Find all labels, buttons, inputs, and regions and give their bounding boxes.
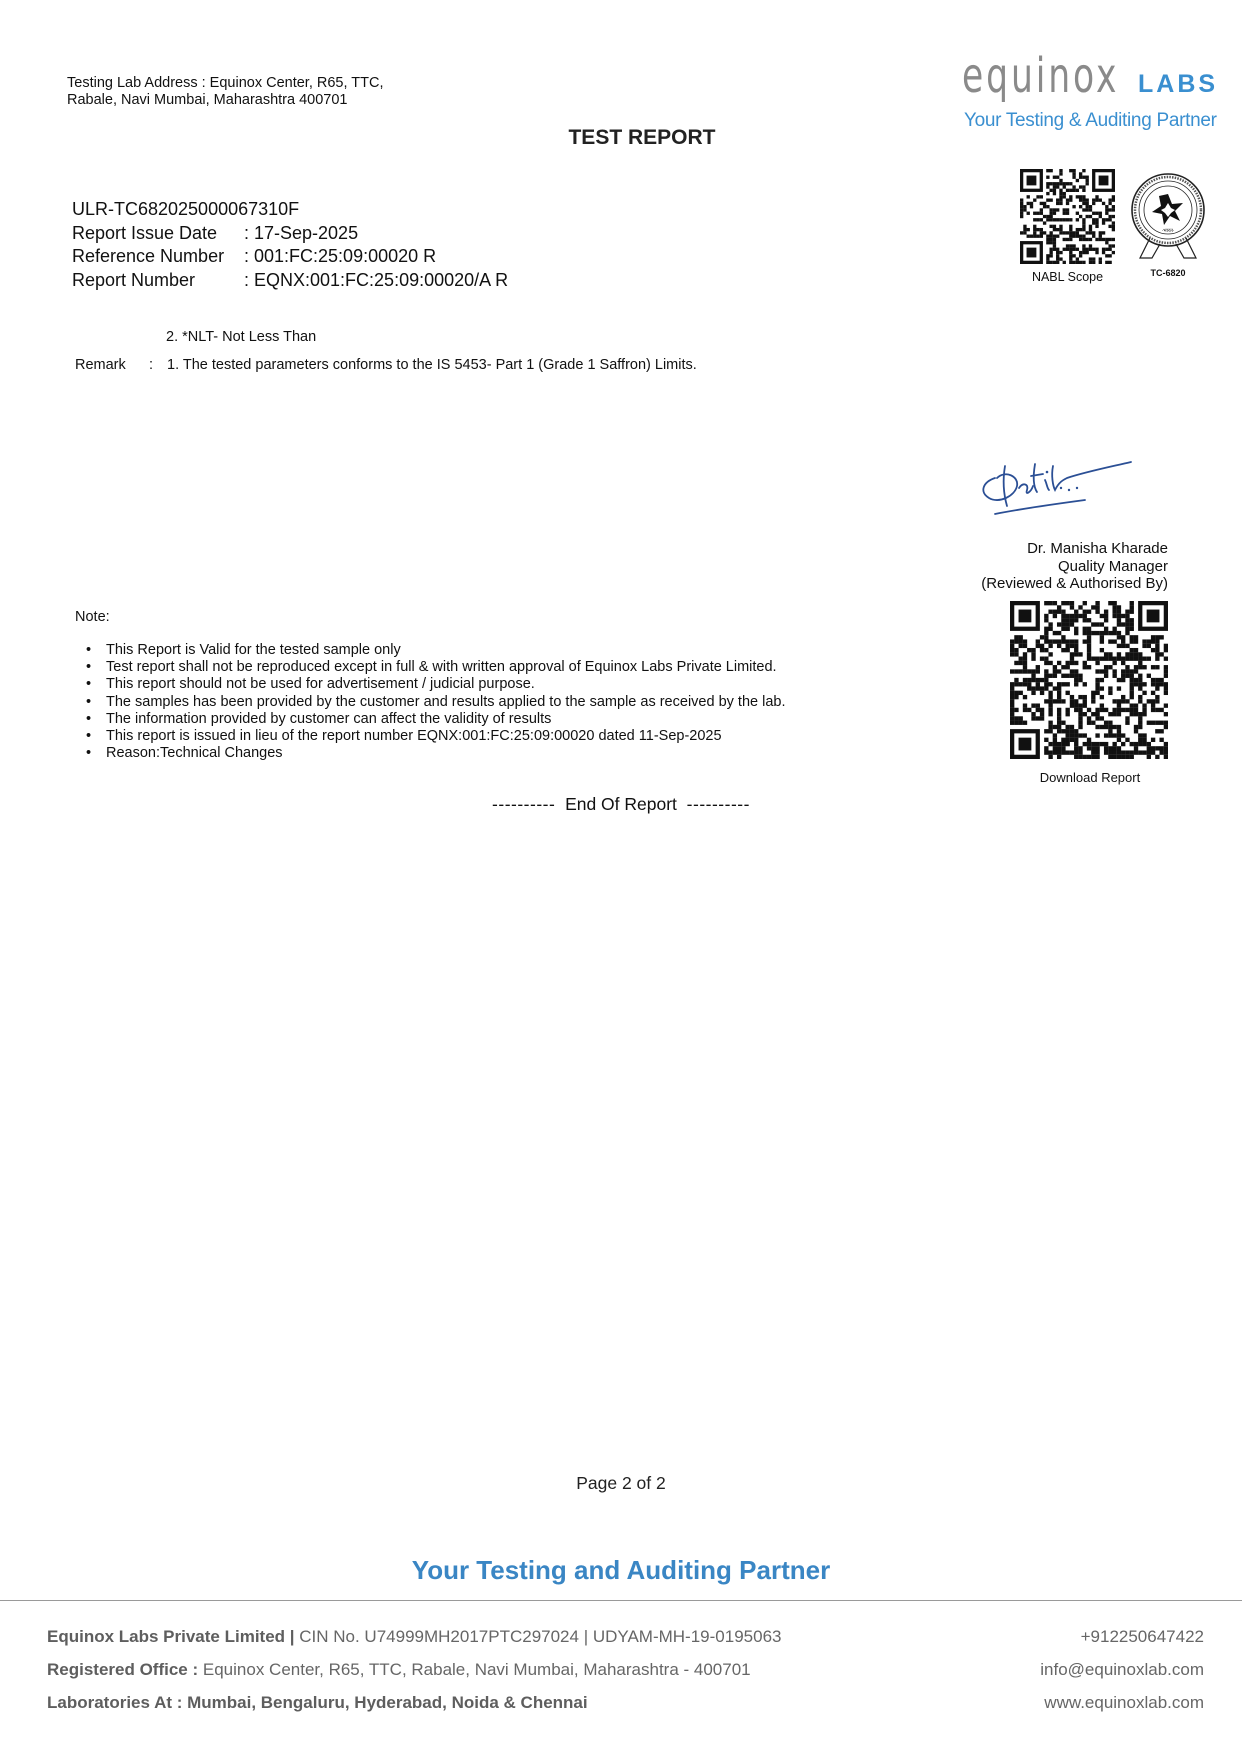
logo-labs: LABS bbox=[1138, 70, 1218, 99]
meta-row-reference-number: Reference Number : 001:FC:25:09:00020 R bbox=[72, 245, 508, 269]
end-of-report: ---------- End Of Report ---------- bbox=[0, 794, 1242, 815]
remark-note-nlt: 2. *NLT- Not Less Than bbox=[166, 329, 316, 345]
notes-title: Note: bbox=[75, 609, 110, 625]
company-registration: CIN No. U74999MH2017PTC297024 | UDYAM-MH… bbox=[295, 1627, 782, 1646]
laboratories: Laboratories At : Mumbai, Bengaluru, Hyd… bbox=[47, 1693, 588, 1712]
logo-wordmark: equinox bbox=[962, 48, 1119, 104]
meta-label: Reference Number bbox=[72, 245, 244, 269]
nabl-scope-qr-code[interactable] bbox=[1020, 169, 1115, 264]
lab-address: Testing Lab Address : Equinox Center, R6… bbox=[67, 75, 387, 109]
remark-label: Remark bbox=[75, 357, 149, 373]
footer-company-line: Equinox Labs Private Limited | CIN No. U… bbox=[47, 1620, 781, 1653]
footer-contact: +912250647422 info@equinoxlab.com www.eq… bbox=[1040, 1620, 1204, 1719]
company-name: Equinox Labs Private Limited | bbox=[47, 1627, 295, 1646]
footer-office-line: Registered Office : Equinox Center, R65,… bbox=[47, 1653, 781, 1686]
footer-tagline: Your Testing and Auditing Partner bbox=[0, 1555, 1242, 1586]
signatory-role: Quality Manager bbox=[981, 558, 1168, 576]
signature-icon bbox=[975, 448, 1135, 518]
nabl-seal-icon: ·भारत· bbox=[1128, 170, 1208, 265]
office-address: Equinox Center, R65, TTC, Rabale, Navi M… bbox=[198, 1660, 750, 1679]
footer-website[interactable]: www.equinoxlab.com bbox=[1040, 1686, 1204, 1719]
note-item: Reason:Technical Changes bbox=[106, 745, 785, 762]
logo-tagline: Your Testing & Auditing Partner bbox=[964, 110, 1217, 132]
note-item: The information provided by customer can… bbox=[106, 711, 785, 728]
end-dashes-left: ---------- bbox=[492, 794, 555, 814]
note-item: Test report shall not be reproduced exce… bbox=[106, 659, 785, 676]
end-dashes-right: ---------- bbox=[687, 794, 750, 814]
end-of-report-text: End Of Report bbox=[565, 794, 677, 814]
office-label: Registered Office : bbox=[47, 1660, 198, 1679]
meta-label: Report Number bbox=[72, 269, 244, 293]
remark-colon: : bbox=[149, 357, 167, 373]
signatory-note: (Reviewed & Authorised By) bbox=[981, 575, 1168, 593]
signatory: Dr. Manisha Kharade Quality Manager (Rev… bbox=[981, 540, 1168, 593]
note-item: This Report is Valid for the tested samp… bbox=[106, 642, 785, 659]
equinox-logo: equinox LABS Your Testing & Auditing Par… bbox=[958, 48, 1238, 138]
ulr-number: ULR-TC682025000067310F bbox=[72, 198, 508, 222]
seal-code: TC-6820 bbox=[1128, 268, 1208, 278]
svg-text:·भारत·: ·भारत· bbox=[1162, 228, 1175, 234]
note-item: This report should not be used for adver… bbox=[106, 676, 785, 693]
note-item: This report is issued in lieu of the rep… bbox=[106, 728, 785, 745]
note-item: The samples has been provided by the cus… bbox=[106, 694, 785, 711]
footer-company-info: Equinox Labs Private Limited | CIN No. U… bbox=[47, 1620, 781, 1719]
download-report-label: Download Report bbox=[1010, 770, 1170, 785]
page-number: Page 2 of 2 bbox=[0, 1473, 1242, 1494]
meta-label: Report Issue Date bbox=[72, 222, 244, 246]
footer-email[interactable]: info@equinoxlab.com bbox=[1040, 1653, 1204, 1686]
footer-divider bbox=[0, 1600, 1242, 1601]
footer-phone[interactable]: +912250647422 bbox=[1040, 1620, 1204, 1653]
footer-labs-line: Laboratories At : Mumbai, Bengaluru, Hyd… bbox=[47, 1686, 781, 1719]
remark: Remark : 1. The tested parameters confor… bbox=[75, 357, 697, 373]
meta-value: : EQNX:001:FC:25:09:00020/A R bbox=[244, 269, 508, 293]
remark-text: 1. The tested parameters conforms to the… bbox=[167, 357, 697, 373]
meta-row-report-number: Report Number : EQNX:001:FC:25:09:00020/… bbox=[72, 269, 508, 293]
meta-value: : 001:FC:25:09:00020 R bbox=[244, 245, 436, 269]
meta-row-issue-date: Report Issue Date : 17-Sep-2025 bbox=[72, 222, 508, 246]
report-meta: ULR-TC682025000067310F Report Issue Date… bbox=[72, 198, 508, 292]
meta-value: : 17-Sep-2025 bbox=[244, 222, 358, 246]
notes-list: This Report is Valid for the tested samp… bbox=[106, 642, 785, 762]
signatory-name: Dr. Manisha Kharade bbox=[981, 540, 1168, 558]
download-report-qr-code[interactable] bbox=[1010, 601, 1168, 759]
nabl-scope-label: NABL Scope bbox=[1000, 270, 1135, 284]
